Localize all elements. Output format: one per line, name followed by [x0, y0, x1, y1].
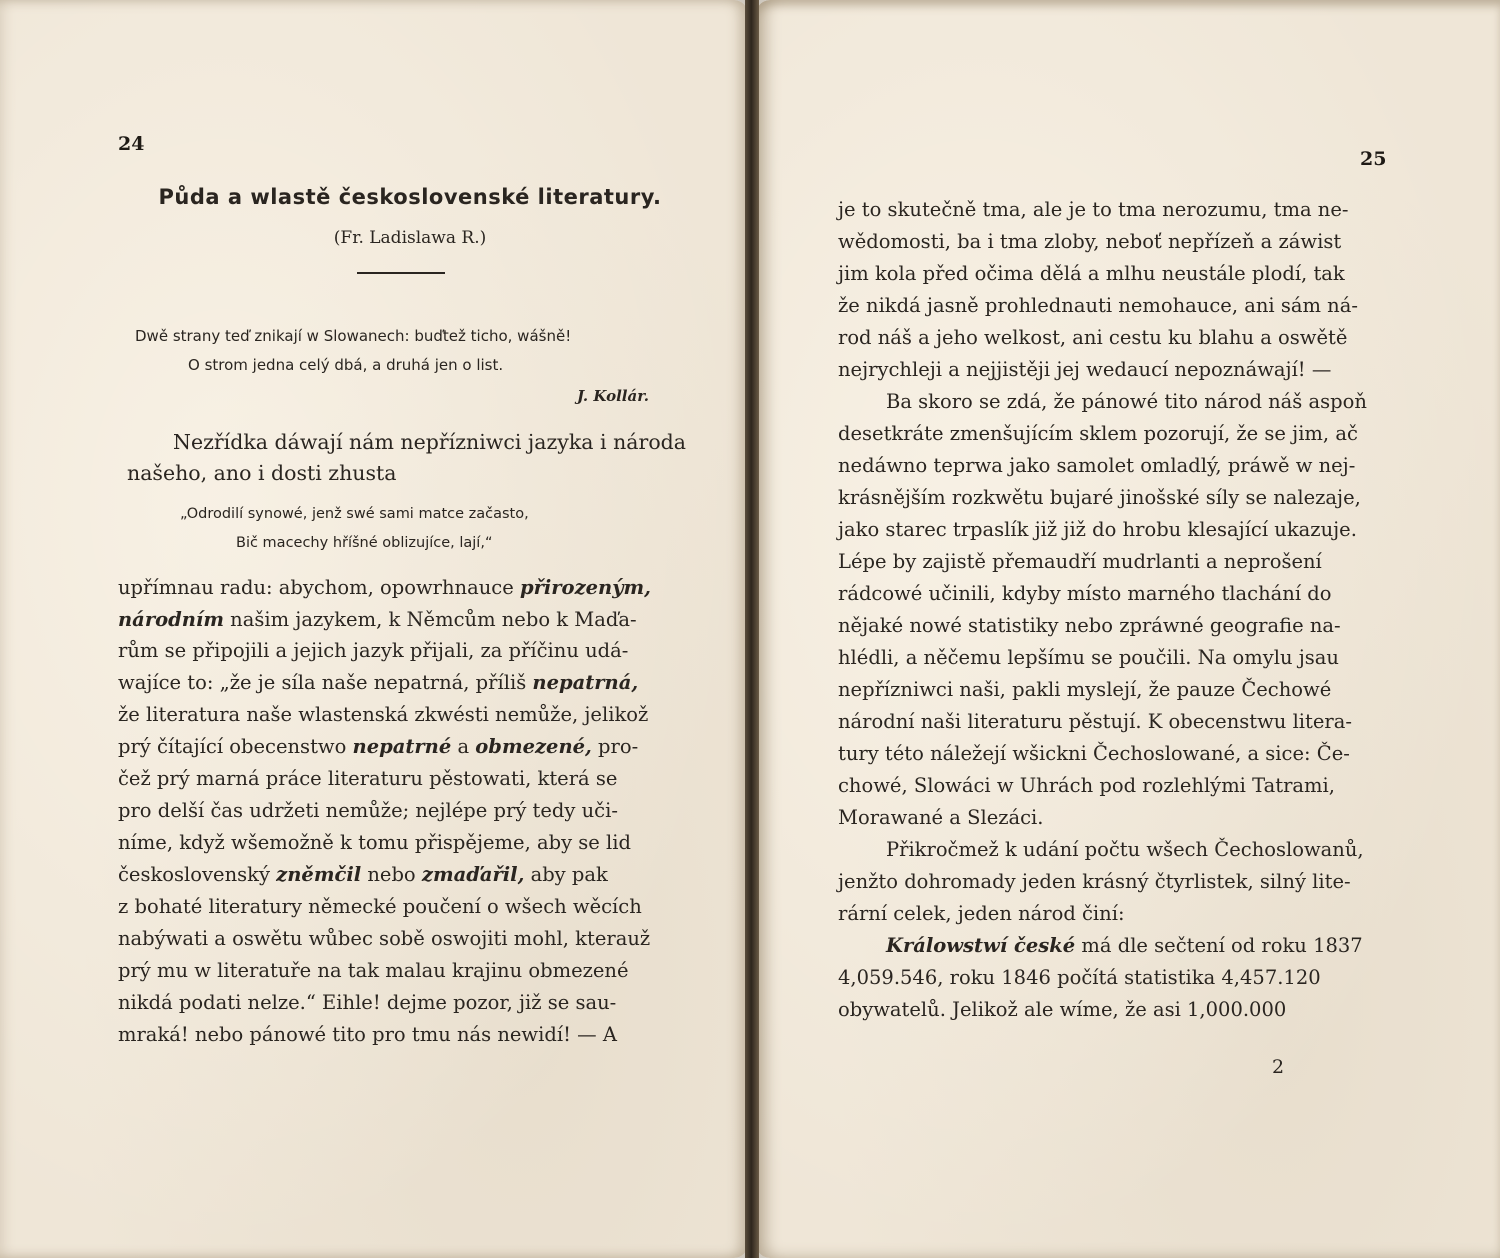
page-number-left: 24	[118, 133, 144, 155]
intro-line-2: našeho, ano i dosti zhusta	[127, 463, 397, 484]
emphasis: nepatrné	[353, 735, 452, 758]
right-line-13: rádcowé učinili, kdyby místo marného tla…	[838, 584, 1331, 604]
chapter-author: (Fr. Ladislawa R.)	[130, 228, 690, 248]
body-line-10: československý zněmčil nebo zmaďařil, ab…	[118, 865, 608, 885]
right-line-25: 4,059.546, roku 1846 počítá statistika 4…	[838, 968, 1321, 988]
right-line-10: krásnějším rozkwětu bujaré jinošské síly…	[838, 488, 1361, 508]
text: wajíce to: „že je síla naše nepatrná, př…	[118, 671, 532, 694]
right-line-20: Morawané a Slezáci.	[838, 808, 1043, 828]
right-line-19: chowé, Slowáci w Uhrách pod rozlehlými T…	[838, 776, 1335, 796]
right-line-26: obywatelů. Jelikož ale wíme, že asi 1,00…	[838, 1000, 1286, 1020]
body-line-1: upřímnau radu: abychom, opowrhnauce přir…	[118, 578, 651, 598]
quote-line-2: Bič macechy hříšné oblizujíce, lají,“	[236, 535, 492, 551]
right-line-24: Králowstwí české má dle sečtení od roku …	[886, 936, 1363, 956]
right-line-3: jim kola před očima dělá a mlhu neustále…	[838, 264, 1345, 284]
text: nebo	[361, 863, 422, 886]
right-line-23: rární celek, jeden národ činí:	[838, 904, 1125, 924]
right-line-7: Ba skoro se zdá, že pánowé tito národ ná…	[886, 392, 1367, 412]
text: aby pak	[524, 863, 607, 886]
right-line-22: jenžto dohromady jeden krásný čtyrlistek…	[838, 872, 1351, 892]
right-line-9: nedáwno teprwa jako samolet omladlý, prá…	[838, 456, 1355, 476]
book-gutter	[745, 0, 759, 1258]
right-line-14: nějaké nowé statistiky nebo zpráwné geog…	[838, 616, 1341, 636]
book-spread: 24 Půda a wlastě československé literatu…	[0, 0, 1500, 1258]
text: a	[451, 735, 475, 758]
right-line-4: že nikdá jasně prohlednauti nemohauce, a…	[838, 296, 1358, 316]
body-line-6: prý čítající obecenstwo nepatrné a obmez…	[118, 737, 638, 757]
body-line-2: národním našim jazykem, k Němcům nebo k …	[118, 610, 637, 630]
page-number-right: 25	[1360, 148, 1386, 170]
right-line-15: hlédli, a něčemu lepšímu se poučili. Na …	[838, 648, 1339, 668]
text: pro-	[592, 735, 638, 758]
emphasis: zmaďařil,	[422, 863, 525, 886]
body-line-12: nabýwati a oswětu wůbec sobě oswojiti mo…	[118, 929, 650, 949]
text: československý	[118, 863, 276, 886]
right-line-8: desetkráte zmenšujícím sklem pozorují, ž…	[838, 424, 1358, 444]
body-line-11: z bohaté literatury německé poučení o wš…	[118, 897, 642, 917]
right-line-5: rod náš a jeho welkost, ani cestu ku bla…	[838, 328, 1347, 348]
emphasis: nepatrná,	[532, 671, 638, 694]
emphasis: přirozeným,	[520, 576, 651, 599]
chapter-title: Půda a wlastě československé literatury.	[130, 185, 690, 209]
right-line-6: nejrychleji a nejjistěji jej wedaucí nep…	[838, 360, 1331, 380]
signature-mark: 2	[1272, 1056, 1284, 1078]
emphasis: Králowstwí české	[886, 934, 1075, 957]
epigraph-line-2: O strom jedna celý dbá, a druhá jen o li…	[188, 356, 503, 374]
epigraph-attribution: J. Kollár.	[577, 387, 649, 405]
emphasis: obmezené,	[475, 735, 592, 758]
body-line-14: nikdá podati nelze.“ Eihle! dejme pozor,…	[118, 993, 616, 1013]
body-line-5: že literatura naše wlastenská zkwésti ne…	[118, 705, 648, 725]
body-line-3: rům se připojili a jejich jazyk přijali,…	[118, 641, 628, 661]
intro-line-1: Nezřídka dáwají nám nepřízniwci jazyka i…	[173, 432, 686, 453]
body-line-7: čež prý marná práce literaturu pěstowati…	[118, 769, 617, 789]
right-line-16: nepřízniwci naši, pakli myslejí, že pauz…	[838, 680, 1331, 700]
text: našim jazykem, k Němcům nebo k Maďa-	[224, 608, 637, 631]
body-line-13: prý mu w literatuře na tak malau krajinu…	[118, 961, 629, 981]
right-line-18: tury této náležejí wšickni Čechoslowané,…	[838, 744, 1350, 764]
body-line-9: níme, když wšemožně k tomu přispějeme, a…	[118, 833, 631, 853]
right-line-2: wědomosti, ba i tma zloby, neboť nepříze…	[838, 232, 1341, 252]
title-rule	[357, 272, 445, 274]
text: upřímnau radu: abychom, opowrhnauce	[118, 576, 520, 599]
emphasis: zněmčil	[276, 863, 361, 886]
right-line-1: je to skutečně tma, ale je to tma nerozu…	[838, 200, 1348, 220]
emphasis: národním	[118, 608, 224, 631]
right-line-12: Lépe by zajistě přemaudří mudrlanti a ne…	[838, 552, 1322, 572]
right-line-17: národní naši literaturu pěstují. K obece…	[838, 712, 1352, 732]
right-line-11: jako starec trpaslík již již do hrobu kl…	[838, 520, 1357, 540]
body-line-4: wajíce to: „že je síla naše nepatrná, př…	[118, 673, 638, 693]
quote-line-1: „Odrodilí synowé, jenž swé sami matce za…	[180, 506, 529, 522]
body-line-8: pro delší čas udržeti nemůže; nejlépe pr…	[118, 801, 618, 821]
right-line-21: Přikročmež k udání počtu wšech Čechoslow…	[886, 840, 1364, 860]
epigraph-line-1: Dwě strany teď znikají w Slowanech: buďt…	[135, 327, 571, 345]
text: má dle sečtení od roku 1837	[1075, 934, 1363, 957]
body-line-15: mraká! nebo pánowé tito pro tmu nás newi…	[118, 1025, 617, 1045]
text: prý čítající obecenstwo	[118, 735, 353, 758]
